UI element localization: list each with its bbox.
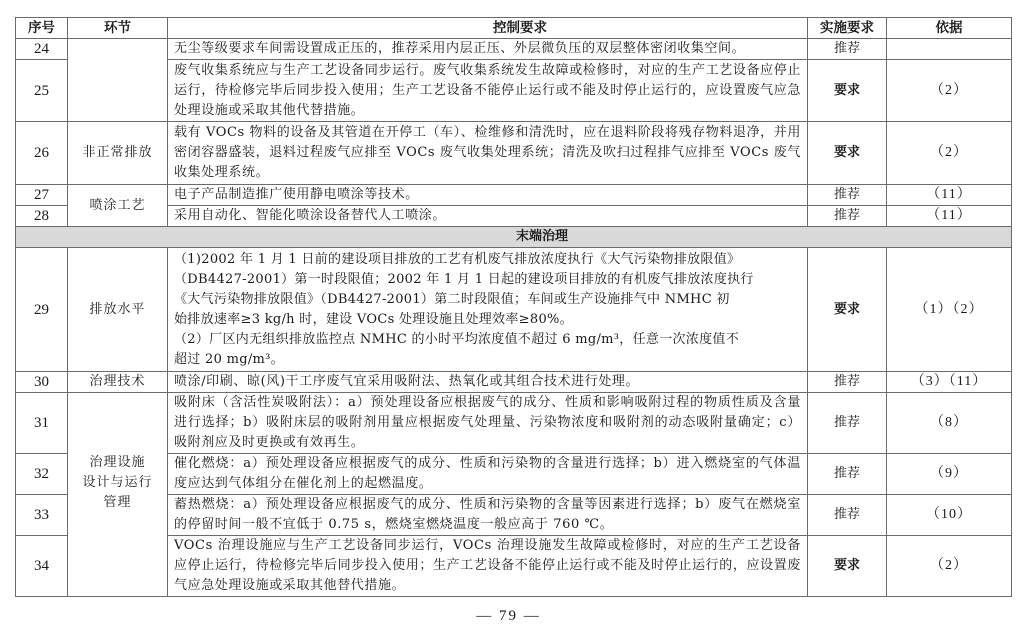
table-header-row: 序号 环节 控制要求 实施要求 依据	[16, 18, 1012, 39]
row-basis: （11）	[887, 185, 1012, 206]
row-level: 推荐	[808, 393, 887, 454]
control-line: 超过 20 mg/m³。	[174, 350, 801, 370]
row-basis	[887, 39, 1012, 60]
row-seq: 30	[16, 372, 68, 393]
row-seq: 27	[16, 185, 68, 206]
row-control: 载有 VOCs 物料的设备及其管道在开停工（车）、检维修和清洗时，应在退料阶段将…	[168, 122, 808, 185]
row-basis: （2）	[887, 60, 1012, 122]
header-level: 实施要求	[808, 18, 887, 39]
row-level: 要求	[808, 122, 887, 185]
section-row: 末端治理	[16, 227, 1012, 248]
row-control: 喷涂/印刷、晾(风)干工序废气宜采用吸附法、热氧化或其组合技术进行处理。	[168, 372, 808, 393]
row-level: 要求	[808, 536, 887, 597]
row-control: 催化燃烧：a）预处理设备应根据废气的成分、性质和污染物的含量进行选择；b）进入燃…	[168, 454, 808, 495]
table-row: 31 治理设施 设计与运行 管理 吸附床（含活性炭吸附法）：a）预处理设备应根据…	[16, 393, 1012, 454]
row-stage: 非正常排放	[68, 122, 168, 185]
row-control: 吸附床（含活性炭吸附法）：a）预处理设备应根据废气的成分、性质和影响吸附过程的物…	[168, 393, 808, 454]
table-row: 26 非正常排放 载有 VOCs 物料的设备及其管道在开停工（车）、检维修和清洗…	[16, 122, 1012, 185]
row-basis: （8）	[887, 393, 1012, 454]
row-stage: 排放水平	[68, 248, 168, 372]
row-level: 推荐	[808, 372, 887, 393]
row-seq: 26	[16, 122, 68, 185]
row-control: VOCs 治理设施应与生产工艺设备同步运行，VOCs 治理设施发生故障或检修时，…	[168, 536, 808, 597]
row-seq: 31	[16, 393, 68, 454]
control-line: （DB4427-2001）第一时段限值；2002 年 1 月 1 日起的建设项目…	[174, 270, 801, 290]
control-line: 《大气污染物排放限值》（DB4427-2001）第二时段限值；车间或生产设施排气…	[174, 290, 801, 310]
table-row: 30 治理技术 喷涂/印刷、晾(风)干工序废气宜采用吸附法、热氧化或其组合技术进…	[16, 372, 1012, 393]
row-stage	[68, 39, 168, 122]
row-control: （1)2002 年 1 月 1 日前的建设项目排放的工艺有机废气排放浓度执行《大…	[168, 248, 808, 372]
row-level: 推荐	[808, 206, 887, 227]
row-control: 废气收集系统应与生产工艺设备同步运行。废气收集系统发生故障或检修时，对应的生产工…	[168, 60, 808, 122]
row-seq: 24	[16, 39, 68, 60]
section-title: 末端治理	[16, 227, 1012, 248]
header-control: 控制要求	[168, 18, 808, 39]
control-line: （1)2002 年 1 月 1 日前的建设项目排放的工艺有机废气排放浓度执行《大…	[174, 250, 801, 270]
row-level: 推荐	[808, 185, 887, 206]
row-level: 推荐	[808, 39, 887, 60]
row-stage: 治理设施 设计与运行 管理	[68, 393, 168, 597]
row-level: 推荐	[808, 495, 887, 536]
row-basis: （3）（11）	[887, 372, 1012, 393]
row-stage: 治理技术	[68, 372, 168, 393]
row-control: 采用自动化、智能化喷涂设备替代人工喷涂。	[168, 206, 808, 227]
row-basis: （9）	[887, 454, 1012, 495]
header-seq: 序号	[16, 18, 68, 39]
row-basis: （1）（2）	[887, 248, 1012, 372]
table-row: 29 排放水平 （1)2002 年 1 月 1 日前的建设项目排放的工艺有机废气…	[16, 248, 1012, 372]
table-row: 24 无尘等级要求车间需设置成正压的，推荐采用内层正压、外层微负压的双层整体密闭…	[16, 39, 1012, 60]
row-level: 要求	[808, 248, 887, 372]
control-requirements-table: 序号 环节 控制要求 实施要求 依据 24 无尘等级要求车间需设置成正压的，推荐…	[15, 17, 1012, 597]
row-basis: （10）	[887, 495, 1012, 536]
row-seq: 32	[16, 454, 68, 495]
row-basis: （11）	[887, 206, 1012, 227]
row-control: 电子产品制造推广使用静电喷涂等技术。	[168, 185, 808, 206]
header-stage: 环节	[68, 18, 168, 39]
row-seq: 25	[16, 60, 68, 122]
table-row: 27 喷涂工艺 电子产品制造推广使用静电喷涂等技术。 推荐 （11）	[16, 185, 1012, 206]
control-line: （2）厂区内无组织排放监控点 NMHC 的小时平均浓度值不超过 6 mg/m³，…	[174, 330, 801, 350]
header-basis: 依据	[887, 18, 1012, 39]
row-stage: 喷涂工艺	[68, 185, 168, 227]
row-seq: 33	[16, 495, 68, 536]
row-level: 要求	[808, 60, 887, 122]
control-line: 始排放速率≥3 kg/h 时，建设 VOCs 处理设施且处理效率≥80%。	[174, 310, 801, 330]
stage-line: 治理设施	[74, 453, 161, 473]
row-basis: （2）	[887, 122, 1012, 185]
row-basis: （2）	[887, 536, 1012, 597]
page-number: — 79 —	[0, 608, 1017, 625]
row-control: 无尘等级要求车间需设置成正压的，推荐采用内层正压、外层微负压的双层整体密闭收集空…	[168, 39, 808, 60]
row-seq: 34	[16, 536, 68, 597]
row-seq: 28	[16, 206, 68, 227]
row-control: 蓄热燃烧：a）预处理设备应根据废气的成分、性质和污染物的含量等因素进行选择；b）…	[168, 495, 808, 536]
row-level: 推荐	[808, 454, 887, 495]
stage-line: 设计与运行	[74, 473, 161, 493]
row-seq: 29	[16, 248, 68, 372]
stage-line: 管理	[74, 493, 161, 513]
